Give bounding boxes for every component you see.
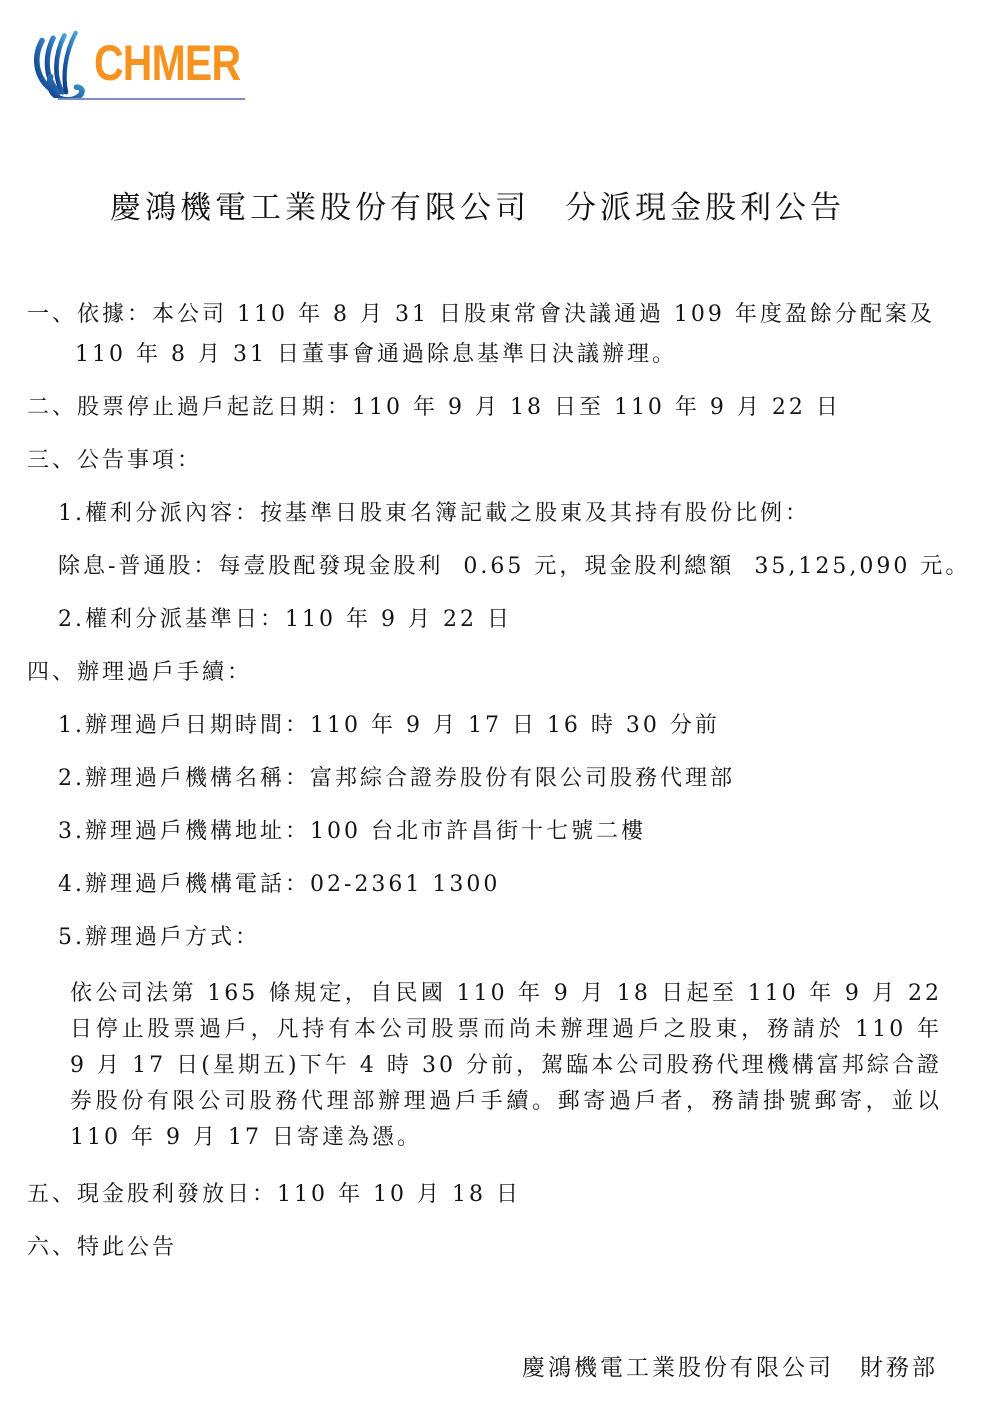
- announcement-line: 六、特此公告: [27, 1233, 1000, 1263]
- announcement-body: 一、依據：本公司 110 年 8 月 31 日股東常會決議通過 109 年度盈餘…: [0, 300, 1000, 1263]
- announcement-line: 4.辦理過戶機構電話：02-2361 1300: [58, 870, 1000, 900]
- announcement-line: 2.權利分派基準日：110 年 9 月 22 日: [58, 605, 1000, 635]
- announcement-document: CHMER 慶鴻機電工業股份有限公司 分派現金股利公告 一、依據：本公司 110…: [0, 0, 1000, 1413]
- announcement-line: 三、公告事項：: [27, 446, 1000, 476]
- transfer-procedure-paragraph: 依公司法第 165 條規定，自民國 110 年 9 月 18 日起至 110 年…: [70, 976, 942, 1156]
- announcement-line: 除息-普通股：每壹股配發現金股利 0.65 元，現金股利總額 35,125,09…: [58, 552, 1000, 582]
- announcement-line: 1.權利分派內容：按基準日股東名簿記載之股東及其持有股份比例：: [58, 499, 1000, 529]
- announcement-line: 110 年 8 月 31 日董事會通過除息基準日決議辦理。: [75, 340, 1000, 370]
- announcement-line: 5.辦理過戶方式：: [58, 923, 1000, 953]
- logo-underline: [58, 98, 245, 100]
- logo-brand-text: CHMER: [94, 38, 240, 88]
- announcement-line: 二、股票停止過戶起訖日期：110 年 9 月 18 日至 110 年 9 月 2…: [27, 393, 1000, 423]
- announcement-line: 四、辦理過戶手續：: [27, 658, 1000, 688]
- announcement-line: 2.辦理過戶機構名稱：富邦綜合證券股份有限公司股務代理部: [58, 764, 1000, 794]
- company-logo: CHMER: [30, 28, 260, 100]
- announcement-line: 3.辦理過戶機構地址：100 台北市許昌街十七號二樓: [58, 817, 1000, 847]
- footer-signature: 慶鴻機電工業股份有限公司 財務部: [0, 1349, 1000, 1382]
- page-title: 慶鴻機電工業股份有限公司 分派現金股利公告: [0, 188, 1000, 228]
- announcement-line: 1.辦理過戶日期時間：110 年 9 月 17 日 16 時 30 分前: [58, 711, 1000, 741]
- announcement-line: 五、現金股利發放日：110 年 10 月 18 日: [27, 1180, 1000, 1210]
- announcement-line: 一、依據：本公司 110 年 8 月 31 日股東常會決議通過 109 年度盈餘…: [27, 300, 1000, 330]
- fan-arcs-icon: [30, 28, 92, 98]
